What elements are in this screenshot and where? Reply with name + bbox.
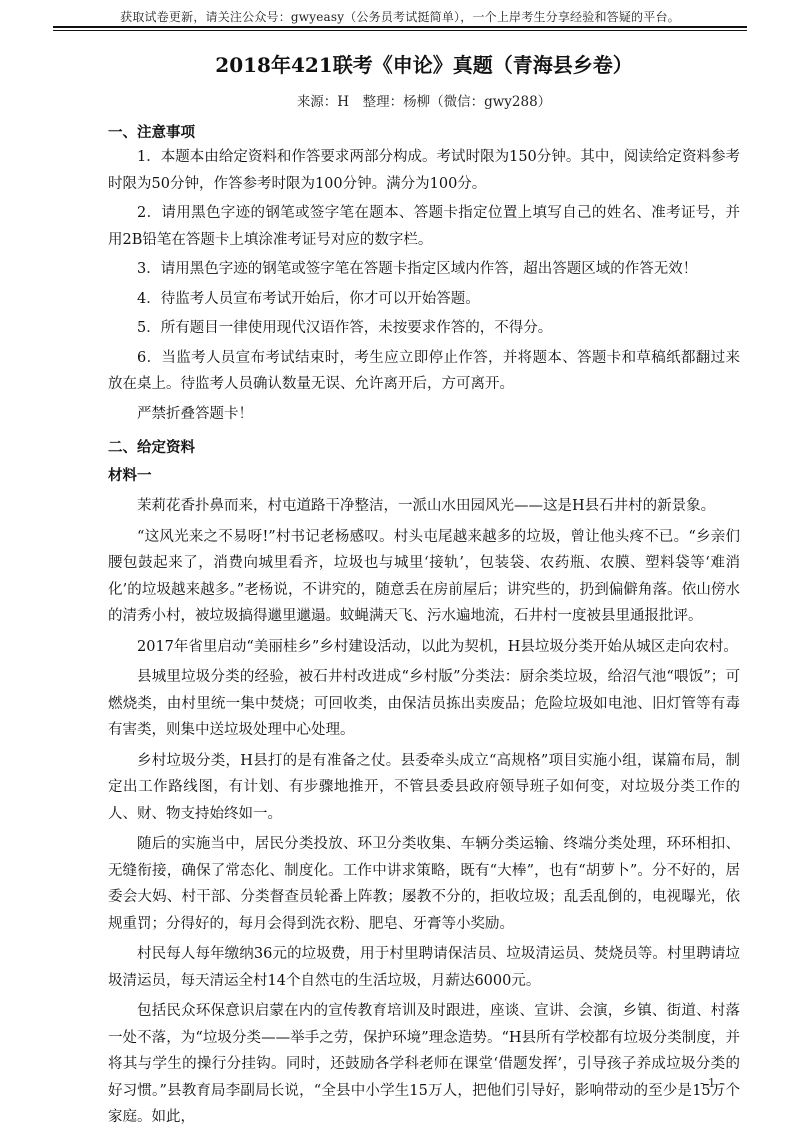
notice-item: 3．请用黑色字迹的钢笔或签字笔在答题卡指定区域内作答，超出答题区域的作答无效！ bbox=[108, 256, 740, 283]
notice-item: 1．本题本由给定资料和作答要求两部分构成。考试时限为150分钟。其中，阅读给定资… bbox=[108, 144, 740, 197]
notice-warning: 严禁折叠答题卡！ bbox=[108, 401, 740, 428]
notice-item: 5．所有题目一律使用现代汉语作答，未按要求作答的，不得分。 bbox=[108, 315, 740, 342]
material-paragraph: 随后的实施当中，居民分类投放、环卫分类收集、车辆分类运输、终端分类处理，环环相扣… bbox=[108, 831, 740, 937]
notice-section: 一、注意事项 1．本题本由给定资料和作答要求两部分构成。考试时限为150分钟。其… bbox=[108, 122, 740, 427]
material-paragraph: 村民每人每年缴纳36元的垃圾费，用于村里聘请保洁员、垃圾清运员、焚烧员等。村里聘… bbox=[108, 941, 740, 994]
material-paragraph: 茉莉花香扑鼻而来，村屯道路干净整洁，一派山水田园风光——这是H县石井村的新景象。 bbox=[108, 493, 740, 520]
material-title: 材料一 bbox=[108, 465, 740, 487]
document-title: 2018年421联考《申论》真题（青海县乡卷） bbox=[108, 50, 740, 80]
page-number: - 1 - bbox=[700, 1076, 723, 1090]
section-heading-notice: 一、注意事项 bbox=[108, 122, 740, 144]
materials-section: 二、给定资料 材料一 茉莉花香扑鼻而来，村屯道路干净整洁，一派山水田园风光——这… bbox=[108, 437, 740, 1131]
material-paragraph: 乡村垃圾分类，H县打的是有准备之仗。县委牵头成立“高规格”项目实施小组，谋篇布局… bbox=[108, 748, 740, 828]
notice-item: 6．当监考人员宣布考试结束时，考生应立即停止作答，并将题本、答题卡和草稿纸都翻过… bbox=[108, 345, 740, 398]
document-source: 来源：H 整理：杨柳（微信：gwy288） bbox=[108, 92, 740, 112]
document-body: 2018年421联考《申论》真题（青海县乡卷） 来源：H 整理：杨柳（微信：gw… bbox=[108, 50, 740, 1131]
header-double-rule bbox=[53, 26, 747, 31]
material-paragraph: 2017年省里启动“美丽桂乡”乡村建设活动，以此为契机，H县垃圾分类开始从城区走… bbox=[108, 634, 740, 661]
material-paragraph: 县城里垃圾分类的经验，被石井村改进成“乡村版”分类法：厨余类垃圾，给沼气池“喂饭… bbox=[108, 664, 740, 744]
material-paragraph: 包括民众环保意识启蒙在内的宣传教育培训及时跟进，座谈、宣讲、会演，乡镇、街道、村… bbox=[108, 998, 740, 1131]
notice-item: 4．待监考人员宣布考试开始后，你才可以开始答题。 bbox=[108, 286, 740, 313]
notice-item: 2．请用黑色字迹的钢笔或签字笔在题本、答题卡指定位置上填写自己的姓名、准考证号，… bbox=[108, 200, 740, 253]
section-heading-materials: 二、给定资料 bbox=[108, 437, 740, 459]
header-promo-note: 获取试卷更新，请关注公众号：gwyeasy（公务员考试挺简单），一个上岸考生分享… bbox=[0, 8, 800, 25]
material-paragraph: “这风光来之不易呀!”村书记老杨感叹。村头屯尾越来越多的垃圾，曾让他头疼不已。“… bbox=[108, 524, 740, 630]
